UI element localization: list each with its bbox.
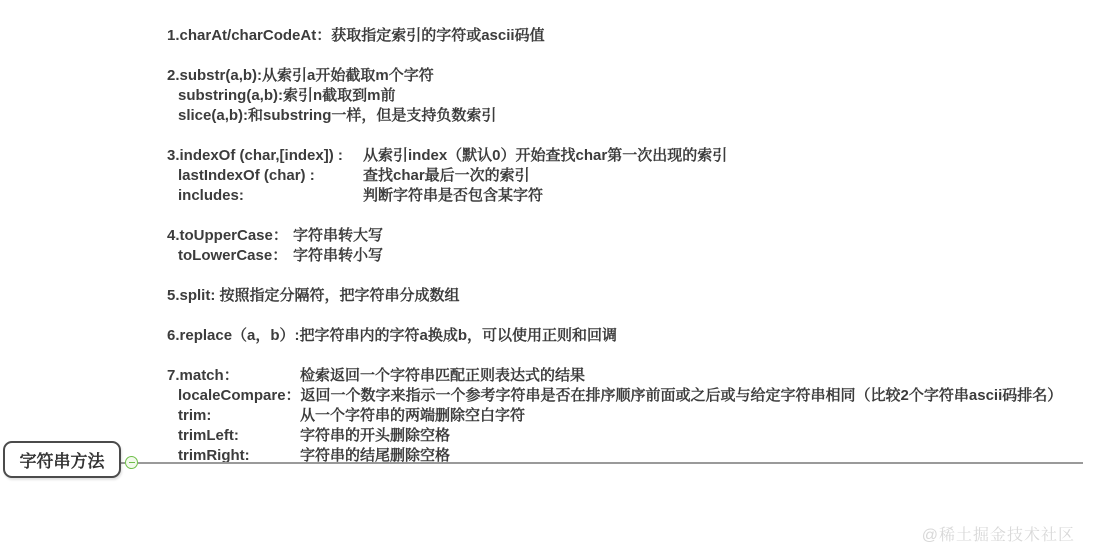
branch-connector-line xyxy=(138,462,1083,464)
method-desc: 和substring一样，但是支持负数索引 xyxy=(248,106,496,126)
section-charat: 1.charAt/charCodeAt：获取指定索引的字符或ascii码值 xyxy=(167,26,1062,46)
string-methods-notes: 1.charAt/charCodeAt：获取指定索引的字符或ascii码值 2.… xyxy=(167,26,1062,466)
method-desc: 检索返回一个字符串匹配正则表达式的结果 xyxy=(300,366,585,386)
method-line: localeCompare：返回一个数字来指示一个参考字符串是否在排序顺序前面或… xyxy=(167,386,1062,406)
method-label: trim: xyxy=(178,406,300,426)
method-desc: 字符串的开头删除空格 xyxy=(300,426,450,446)
section-match: 7.match：检索返回一个字符串匹配正则表达式的结果 localeCompar… xyxy=(167,366,1062,466)
method-desc: 判断字符串是否包含某字符 xyxy=(363,186,543,206)
method-line: slice(a,b):和substring一样，但是支持负数索引 xyxy=(167,106,1062,126)
method-desc: 索引n截取到m前 xyxy=(283,86,396,106)
method-label: 2.substr(a,b): xyxy=(167,66,262,86)
method-line: 1.charAt/charCodeAt：获取指定索引的字符或ascii码值 xyxy=(167,26,1062,46)
root-topic-node[interactable]: 字符串方法 xyxy=(3,441,121,478)
method-desc: 从一个字符串的两端删除空白字符 xyxy=(300,406,525,426)
method-desc: 按照指定分隔符，把字符串分成数组 xyxy=(220,286,460,306)
section-touppercase: 4.toUpperCase：字符串转大写 toLowerCase：字符串转小写 xyxy=(167,226,1062,266)
method-line: 2.substr(a,b):从索引a开始截取m个字符 xyxy=(167,66,1062,86)
method-line: substring(a,b):索引n截取到m前 xyxy=(167,86,1062,106)
method-line: 7.match：检索返回一个字符串匹配正则表达式的结果 xyxy=(167,366,1062,386)
method-desc: 字符串转大写 xyxy=(293,226,383,246)
method-label: 1.charAt/charCodeAt： xyxy=(167,26,331,46)
method-desc: 从索引index（默认0）开始查找char第一次出现的索引 xyxy=(363,146,727,166)
method-label: 5.split: xyxy=(167,286,220,306)
method-line: 5.split: 按照指定分隔符，把字符串分成数组 xyxy=(167,286,1062,306)
minus-icon xyxy=(129,462,135,464)
method-label: 3.indexOf (char,[index]) : xyxy=(167,146,363,166)
method-line: trimLeft:字符串的开头删除空格 xyxy=(167,426,1062,446)
section-replace: 6.replace（a，b）:把字符串内的字符a换成b，可以使用正则和回调 xyxy=(167,326,1062,346)
method-label: substring(a,b): xyxy=(178,86,283,106)
method-desc: 从索引a开始截取m个字符 xyxy=(262,66,434,86)
watermark-text: @稀土掘金技术社区 xyxy=(922,522,1075,545)
method-label: toLowerCase： xyxy=(178,246,293,266)
method-label: trimLeft: xyxy=(178,426,300,446)
method-line: 4.toUpperCase：字符串转大写 xyxy=(167,226,1062,246)
method-desc: 返回一个数字来指示一个参考字符串是否在排序顺序前面或之后或与给定字符串相同（比较… xyxy=(301,386,1063,406)
root-topic-label: 字符串方法 xyxy=(20,447,105,472)
method-label: lastIndexOf (char) : xyxy=(178,166,363,186)
method-line: includes:判断字符串是否包含某字符 xyxy=(167,186,1062,206)
method-label: includes: xyxy=(178,186,363,206)
method-label: 7.match： xyxy=(167,366,300,386)
method-line: toLowerCase：字符串转小写 xyxy=(167,246,1062,266)
method-label: 4.toUpperCase： xyxy=(167,226,293,246)
section-indexof: 3.indexOf (char,[index]) :从索引index（默认0）开… xyxy=(167,146,1062,206)
method-desc: 查找char最后一次的索引 xyxy=(363,166,530,186)
collapse-button[interactable] xyxy=(125,456,138,469)
method-label: 6.replace（a，b）: xyxy=(167,326,300,346)
method-line: 3.indexOf (char,[index]) :从索引index（默认0）开… xyxy=(167,146,1062,166)
method-desc: 获取指定索引的字符或ascii码值 xyxy=(331,26,544,46)
method-line: lastIndexOf (char) :查找char最后一次的索引 xyxy=(167,166,1062,186)
method-desc: 字符串转小写 xyxy=(293,246,383,266)
method-line: trim:从一个字符串的两端删除空白字符 xyxy=(167,406,1062,426)
method-desc: 把字符串内的字符a换成b，可以使用正则和回调 xyxy=(300,326,618,346)
method-label: slice(a,b): xyxy=(178,106,248,126)
section-substr: 2.substr(a,b):从索引a开始截取m个字符 substring(a,b… xyxy=(167,66,1062,126)
method-line: 6.replace（a，b）:把字符串内的字符a换成b，可以使用正则和回调 xyxy=(167,326,1062,346)
method-label: localeCompare： xyxy=(178,386,301,406)
section-split: 5.split: 按照指定分隔符，把字符串分成数组 xyxy=(167,286,1062,306)
